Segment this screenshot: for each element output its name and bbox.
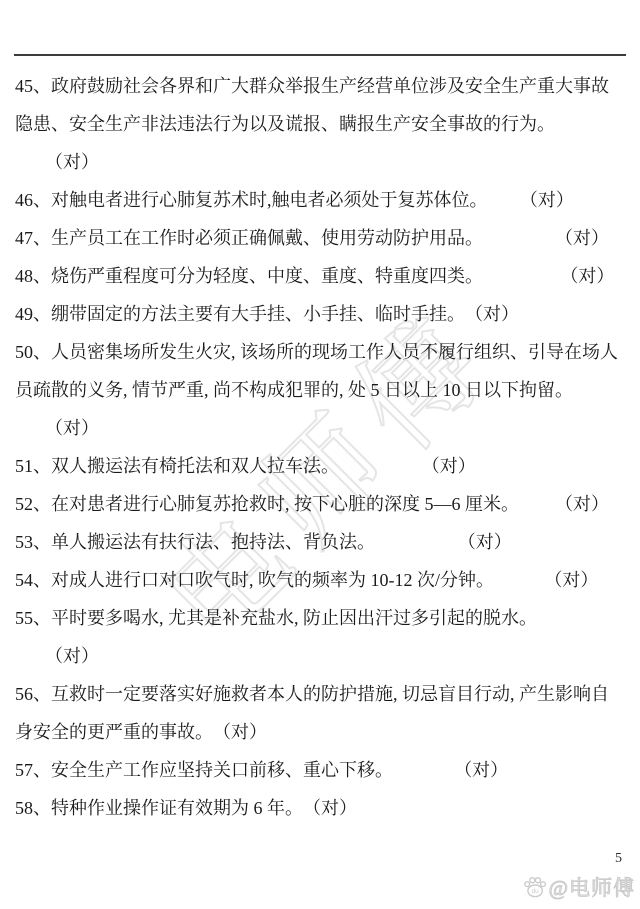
footer-watermark: du @电师傅 bbox=[523, 872, 635, 902]
question-line: 54、对成人进行口对口吹气时, 吹气的频率为 10-12 次/分钟。（对） bbox=[15, 560, 630, 598]
answer-line: （对） bbox=[15, 142, 630, 180]
answer-label: （对） bbox=[303, 794, 357, 820]
answer-label: （对） bbox=[520, 186, 574, 212]
question-line: 51、双人搬运法有椅托法和双人拉车法。（对） bbox=[15, 446, 630, 484]
document-page: 电师傅 45、政府鼓励社会各界和广大群众举报生产经营单位涉及安全生产重大事故隐患… bbox=[0, 0, 640, 909]
question-text: 57、安全生产工作应坚持关口前移、重心下移。 bbox=[15, 756, 393, 782]
question-line: 47、生产员工在工作时必须正确佩戴、使用劳动防护用品。（对） bbox=[15, 218, 630, 256]
question-text: 45、政府鼓励社会各界和广大群众举报生产经营单位涉及安全生产重大事故 bbox=[15, 72, 609, 98]
question-line: 50、人员密集场所发生火灾, 该场所的现场工作人员不履行组织、引导在场人 bbox=[15, 332, 630, 370]
answer-label: （对） bbox=[458, 528, 512, 554]
question-line: 58、特种作业操作证有效期为 6 年。（对） bbox=[15, 788, 630, 826]
question-text: 58、特种作业操作证有效期为 6 年。 bbox=[15, 794, 303, 820]
answer-label: （对） bbox=[465, 300, 519, 326]
question-line: 员疏散的义务, 情节严重, 尚不构成犯罪的, 处 5 日以上 10 日以下拘留。 bbox=[15, 370, 630, 408]
question-text: 56、互救时一定要落实好施救者本人的防护措施, 切忌盲目行动, 产生影响自 bbox=[15, 680, 609, 706]
question-line: 55、平时要多喝水, 尤其是补充盐水, 防止因出汗过多引起的脱水。 bbox=[15, 598, 630, 636]
question-text: 55、平时要多喝水, 尤其是补充盐水, 防止因出汗过多引起的脱水。 bbox=[15, 604, 537, 630]
question-line: 52、在对患者进行心肺复苏抢救时, 按下心脏的深度 5—6 厘米。（对） bbox=[15, 484, 630, 522]
question-line: 56、互救时一定要落实好施救者本人的防护措施, 切忌盲目行动, 产生影响自 bbox=[15, 674, 630, 712]
question-text: 46、对触电者进行心肺复苏术时,触电者必须处于复苏体位。 bbox=[15, 186, 488, 212]
answer-label: （对） bbox=[555, 224, 609, 250]
question-text: 48、烧伤严重程度可分为轻度、中度、重度、特重度四类。 bbox=[15, 262, 483, 288]
answer-label: （对） bbox=[544, 566, 598, 592]
question-text: 身安全的更严重的事故。 bbox=[15, 718, 213, 744]
question-line: 45、政府鼓励社会各界和广大群众举报生产经营单位涉及安全生产重大事故 bbox=[15, 66, 630, 104]
answer-label: （对） bbox=[422, 452, 476, 478]
page-number: 5 bbox=[615, 851, 622, 867]
question-text: 员疏散的义务, 情节严重, 尚不构成犯罪的, 处 5 日以上 10 日以下拘留。 bbox=[15, 376, 573, 402]
baidu-paw-icon: du bbox=[523, 875, 547, 899]
question-text: 53、单人搬运法有扶行法、抱持法、背负法。 bbox=[15, 528, 375, 554]
question-list: 45、政府鼓励社会各界和广大群众举报生产经营单位涉及安全生产重大事故隐患、安全生… bbox=[15, 66, 630, 826]
answer-label: （对） bbox=[45, 414, 99, 440]
answer-label: （对） bbox=[555, 490, 609, 516]
question-text: 51、双人搬运法有椅托法和双人拉车法。 bbox=[15, 452, 339, 478]
answer-label: （对） bbox=[45, 148, 99, 174]
question-text: 52、在对患者进行心肺复苏抢救时, 按下心脏的深度 5—6 厘米。 bbox=[15, 490, 519, 516]
answer-line: （对） bbox=[15, 408, 630, 446]
question-text: 隐患、安全生产非法违法行为以及谎报、瞒报生产安全事故的行为。 bbox=[15, 110, 555, 136]
question-text: 50、人员密集场所发生火灾, 该场所的现场工作人员不履行组织、引导在场人 bbox=[15, 338, 618, 364]
question-line: 53、单人搬运法有扶行法、抱持法、背负法。（对） bbox=[15, 522, 630, 560]
answer-label: （对） bbox=[454, 756, 508, 782]
answer-label: （对） bbox=[560, 262, 614, 288]
question-line: 隐患、安全生产非法违法行为以及谎报、瞒报生产安全事故的行为。 bbox=[15, 104, 630, 142]
header-rule bbox=[14, 54, 626, 56]
question-text: 54、对成人进行口对口吹气时, 吹气的频率为 10-12 次/分钟。 bbox=[15, 566, 494, 592]
question-line: 46、对触电者进行心肺复苏术时,触电者必须处于复苏体位。（对） bbox=[15, 180, 630, 218]
question-line: 48、烧伤严重程度可分为轻度、中度、重度、特重度四类。（对） bbox=[15, 256, 630, 294]
question-text: 49、绷带固定的方法主要有大手挂、小手挂、临时手挂。 bbox=[15, 300, 465, 326]
answer-label: （对） bbox=[213, 718, 267, 744]
svg-text:du: du bbox=[531, 888, 539, 895]
answer-label: （对） bbox=[45, 642, 99, 668]
question-line: 身安全的更严重的事故。（对） bbox=[15, 712, 630, 750]
question-line: 49、绷带固定的方法主要有大手挂、小手挂、临时手挂。（对） bbox=[15, 294, 630, 332]
question-line: 57、安全生产工作应坚持关口前移、重心下移。（对） bbox=[15, 750, 630, 788]
footer-watermark-text: @电师傅 bbox=[549, 872, 635, 902]
question-text: 47、生产员工在工作时必须正确佩戴、使用劳动防护用品。 bbox=[15, 224, 483, 250]
answer-line: （对） bbox=[15, 636, 630, 674]
